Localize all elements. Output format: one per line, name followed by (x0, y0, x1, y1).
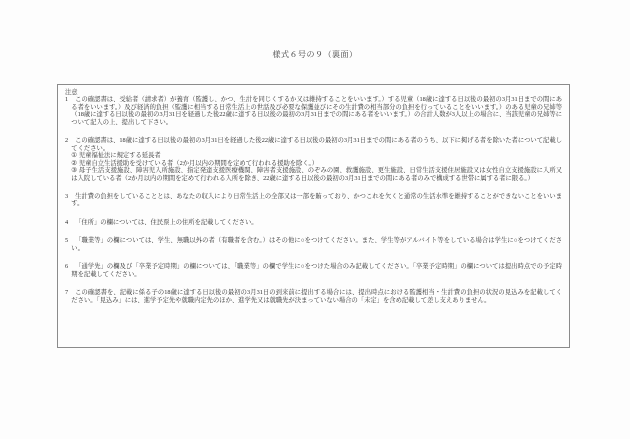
note-number: 7 (65, 289, 75, 296)
note-text: この確認書は、18歳に達する日以後の最初の3月31日を経過した後22歳に達する日… (71, 137, 562, 151)
note-text: 生計費の負担をしていることとは、あなたの収入により日常生活上の全部又は一部を賄っ… (71, 193, 562, 207)
note-subitem-2: ②児童自立生活援助を受けている者（2か月以内の期間を定めて行われる援助を除く。） (65, 160, 562, 167)
note-item-4: 4「住所」の欄については、住民票上の住所を記載してください。 (65, 219, 562, 226)
subitem-number: ③ (71, 167, 79, 174)
subitem-number: ② (71, 160, 79, 167)
note-paragraph: 1この確認書は、受給者（請求者）が養育（監護し、かつ、生計を同じくするか又は維持… (65, 96, 562, 126)
note-number: 5 (65, 237, 75, 244)
note-number: 1 (65, 96, 75, 103)
note-text: 「職業等」の欄については、学生、無職以外の者（有職者を含む。）はその他に○をつけ… (71, 237, 562, 251)
note-item-3: 3生計費の負担をしていることとは、あなたの収入により日常生活上の全部又は一部を賄… (65, 193, 562, 208)
note-text: この確認書を、記載に係る子の18歳に達する日以後の最初の3月31日の到来前に提出… (71, 289, 562, 303)
note-paragraph: 5「職業等」の欄については、学生、無職以外の者（有職者を含む。）はその他に○をつ… (65, 237, 562, 252)
notice-box: 注意 1この確認書は、受給者（請求者）が養育（監護し、かつ、生計を同じくするか又… (57, 84, 570, 348)
note-item-1: 1この確認書は、受給者（請求者）が養育（監護し、かつ、生計を同じくするか又は維持… (65, 96, 562, 126)
subitem-text: 児童福祉法に規定する延長者 (79, 152, 161, 159)
note-text: 「住所」の欄については、住民票上の住所を記載してください。 (75, 219, 257, 226)
subitem-text: 児童自立生活援助を受けている者（2か月以内の期間を定めて行われる援助を除く。） (79, 160, 318, 167)
note-paragraph: 2この確認書は、18歳に達する日以後の最初の3月31日を経過した後22歳に達する… (65, 137, 562, 152)
note-number: 2 (65, 137, 75, 144)
form-title: 様式６号の９（裏面） (0, 49, 630, 60)
note-item-2: 2この確認書は、18歳に達する日以後の最初の3月31日を経過した後22歳に達する… (65, 137, 562, 182)
note-text: 「通学先」の欄及び「卒業予定時期」の欄については、「職業等」の欄で学生に○をつけ… (71, 263, 562, 277)
note-item-7: 7この確認書を、記載に係る子の18歳に達する日以後の最初の3月31日の到来前に提… (65, 289, 562, 304)
note-number: 4 (65, 219, 75, 226)
note-item-5: 5「職業等」の欄については、学生、無職以外の者（有職者を含む。）はその他に○をつ… (65, 237, 562, 252)
note-item-6: 6「通学先」の欄及び「卒業予定時期」の欄については、「職業等」の欄で学生に○をつ… (65, 263, 562, 278)
document-page: 様式６号の９（裏面） 注意 1この確認書は、受給者（請求者）が養育（監護し、かつ… (0, 0, 630, 439)
note-paragraph: 4「住所」の欄については、住民票上の住所を記載してください。 (65, 219, 562, 226)
note-subitem-1: ①児童福祉法に規定する延長者 (65, 152, 562, 159)
note-paragraph: 7この確認書を、記載に係る子の18歳に達する日以後の最初の3月31日の到来前に提… (65, 289, 562, 304)
note-paragraph: 6「通学先」の欄及び「卒業予定時期」の欄については、「職業等」の欄で学生に○をつ… (65, 263, 562, 278)
subitem-number: ① (71, 152, 79, 159)
note-paragraph: 3生計費の負担をしていることとは、あなたの収入により日常生活上の全部又は一部を賄… (65, 193, 562, 208)
note-text: この確認書は、受給者（請求者）が養育（監護し、かつ、生計を同じくするか又は維持す… (71, 96, 562, 125)
note-subitems: ①児童福祉法に規定する延長者 ②児童自立生活援助を受けている者（2か月以内の期間… (65, 152, 562, 182)
note-subitem-3: ③母子生活支援施設、障害児入所施設、指定発達支援医療機関、障害者支援施設、のぞみ… (65, 167, 562, 182)
subitem-text: 母子生活支援施設、障害児入所施設、指定発達支援医療機関、障害者支援施設、のぞみの… (71, 167, 562, 181)
note-number: 6 (65, 263, 75, 270)
